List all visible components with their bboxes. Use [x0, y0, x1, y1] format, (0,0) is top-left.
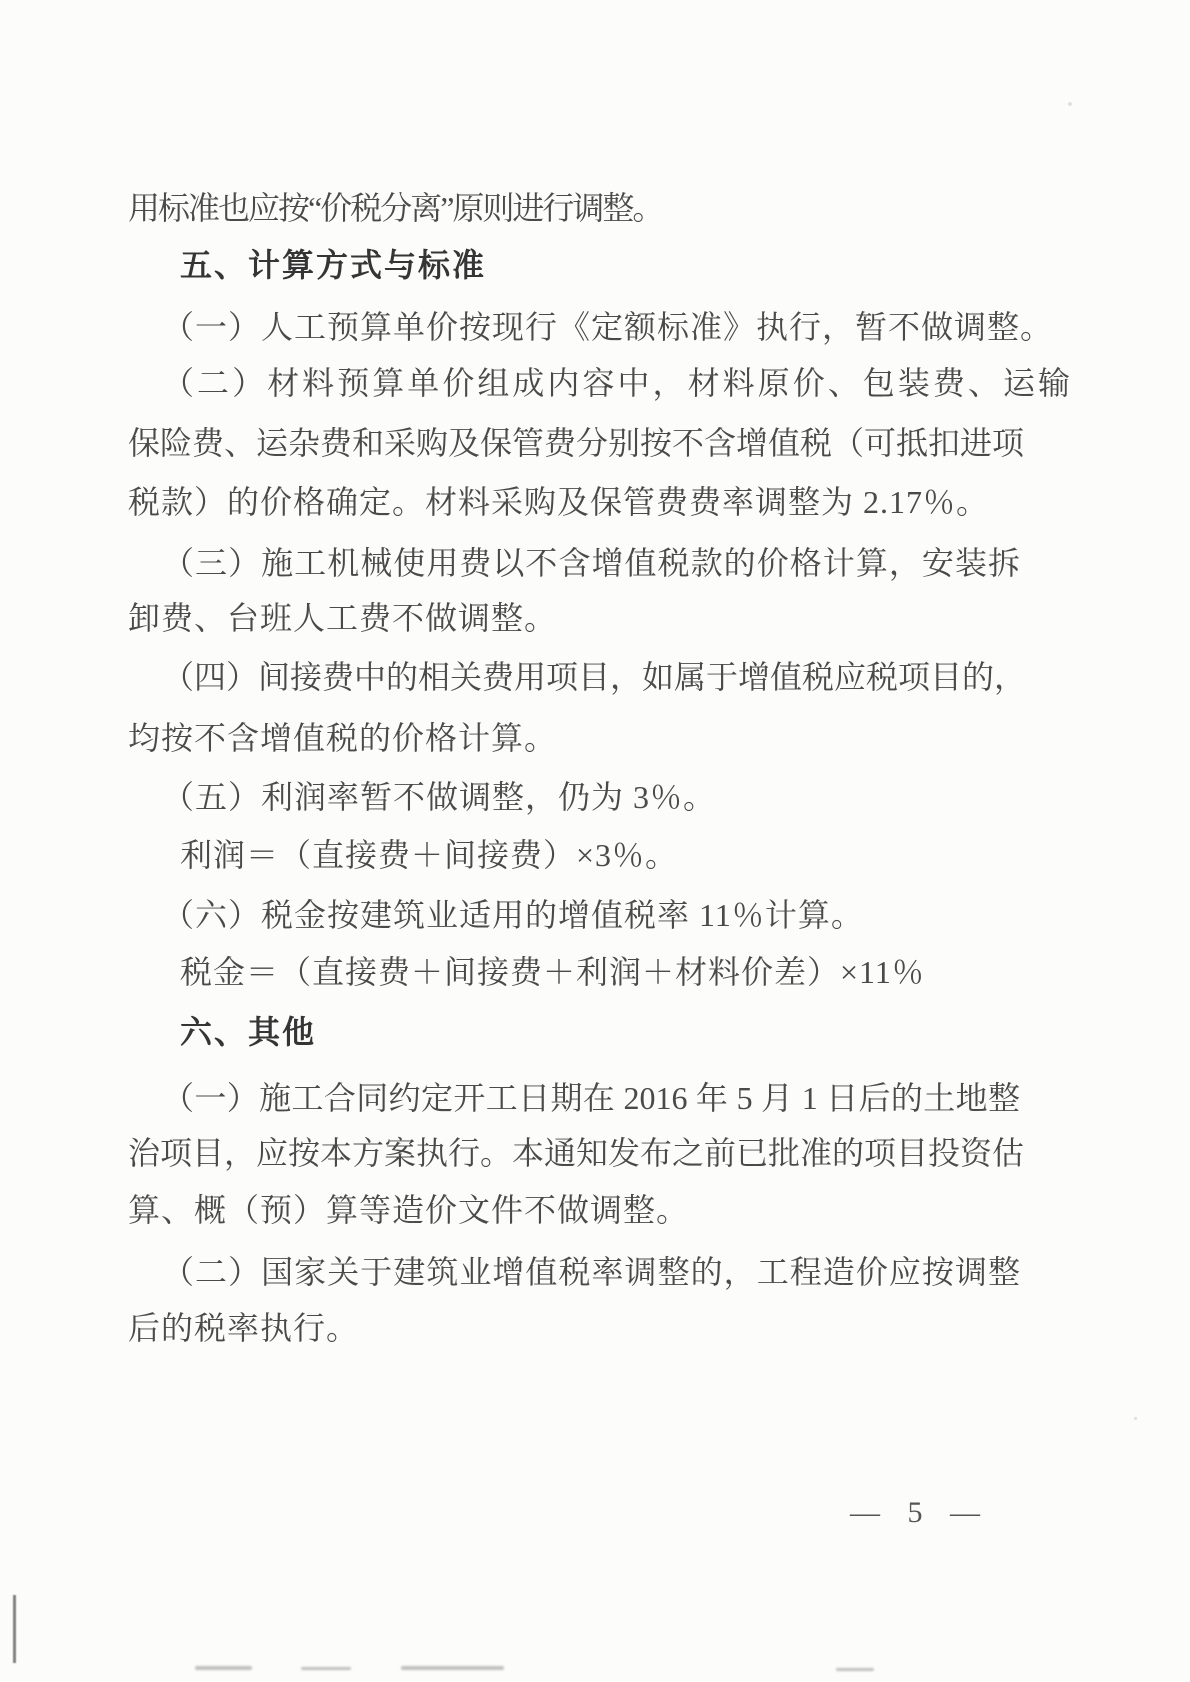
formula-tax-line: 税金＝（直接费＋间接费＋利润＋材料价差）×11％ — [180, 953, 925, 991]
scanned-document-page: 用标准也应按“价税分离”原则进行调整。 五、计算方式与标准 （一）人工预算单价按… — [0, 0, 1190, 1682]
section-heading-5: 五、计算方式与标准 — [180, 246, 486, 284]
body-line: （一）人工预算单价按现行《定额标准》执行，暂不做调整。 — [162, 308, 1053, 346]
body-line: 保险费、运杂费和采购及保管费分别按不含增值税（可抵扣进项 — [128, 424, 1020, 462]
body-line: 后的税率执行。 — [128, 1309, 359, 1347]
body-line: 卸费、台班人工费不做调整。 — [128, 599, 557, 637]
formula-profit-line: 利润＝（直接费＋间接费）×3％。 — [180, 836, 678, 874]
body-line: （二）材料预算单价组成内容中，材料原价、包装费、运输 — [162, 364, 1070, 402]
scan-artifact-edge-line — [13, 1595, 16, 1663]
body-line: （三）施工机械使用费以不含增值税款的价格计算，安装拆 — [162, 544, 1020, 582]
body-line: 均按不含增值税的价格计算。 — [128, 719, 557, 757]
body-line: 税款）的价格确定。材料采购及保管费费率调整为 2.17％。 — [128, 483, 989, 521]
scan-artifact-smudge — [301, 1667, 351, 1670]
scan-artifact-speck — [1134, 1417, 1137, 1420]
scan-artifact-smudge — [195, 1666, 252, 1670]
section-heading-6: 六、其他 — [180, 1013, 316, 1051]
body-line: （一）施工合同约定开工日期在 2016 年 5 月 1 日后的土地整 — [162, 1079, 1020, 1117]
body-line: （二）国家关于建筑业增值税率调整的，工程造价应按调整 — [162, 1253, 1020, 1291]
body-line: （五）利润率暂不做调整，仍为 3％。 — [162, 778, 716, 816]
body-line: （四）间接费中的相关费用项目，如属于增值税应税项目的， — [162, 658, 1020, 696]
body-line: 用标准也应按“价税分离”原则进行调整。 — [128, 189, 662, 227]
scan-artifact-smudge — [401, 1666, 504, 1670]
scan-artifact-smudge — [836, 1668, 874, 1671]
body-line: 治项目，应按本方案执行。本通知发布之前已批准的项目投资估 — [128, 1134, 1020, 1172]
body-line: （六）税金按建筑业适用的增值税率 11％计算。 — [162, 896, 864, 934]
page-number: — 5 — — [850, 1496, 986, 1530]
scan-artifact-speck — [1068, 102, 1072, 106]
body-line: 算、概（预）算等造价文件不做调整。 — [128, 1191, 689, 1229]
